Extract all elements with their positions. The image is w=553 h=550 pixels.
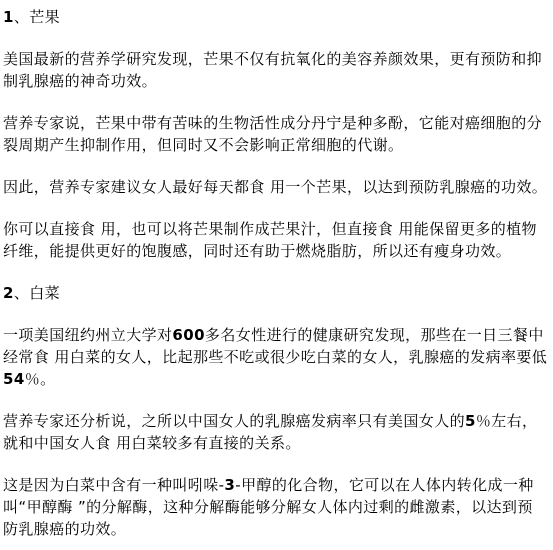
section-mango: 1、芒果 美国最新的营养学研究发现，芒果不仅有抗氧化的美容养颜效果，更有预防和抑…: [3, 6, 548, 262]
paragraph: 你可以直接食 用，也可以将芒果制作成芒果汁，但直接食 用能保留更多的植物纤维，能…: [3, 218, 548, 262]
paragraph: 营养专家还分析说，之所以中国女人的乳腺癌发病率只有美国女人的5％左右，就和中国女…: [3, 410, 548, 454]
section-mango-heading: 1、芒果: [3, 6, 548, 28]
paragraph: 营养专家说，芒果中带有苦味的生物活性成分丹宁是种多酚，它能对癌细胞的分裂周期产生…: [3, 112, 548, 156]
section-cabbage: 2、白菜 一项美国纽约州立大学对600多名女性进行的健康研究发现，那些在一日三餐…: [3, 282, 548, 540]
paragraph: 因此，营养专家建议女人最好每天都食 用一个芒果，以达到预防乳腺癌的功效。: [3, 176, 548, 198]
section-cabbage-heading: 2、白菜: [3, 282, 548, 304]
paragraph: 美国最新的营养学研究发现，芒果不仅有抗氧化的美容养颜效果，更有预防和抑制乳腺癌的…: [3, 48, 548, 92]
paragraph: 一项美国纽约州立大学对600多名女性进行的健康研究发现，那些在一日三餐中经常食 …: [3, 324, 548, 390]
document: 1、芒果 美国最新的营养学研究发现，芒果不仅有抗氧化的美容养颜效果，更有预防和抑…: [3, 6, 548, 540]
paragraph: 这是因为白菜中含有一种叫吲哚-3-甲醇的化合物，它可以在人体内转化成一种叫“甲醇…: [3, 474, 548, 540]
